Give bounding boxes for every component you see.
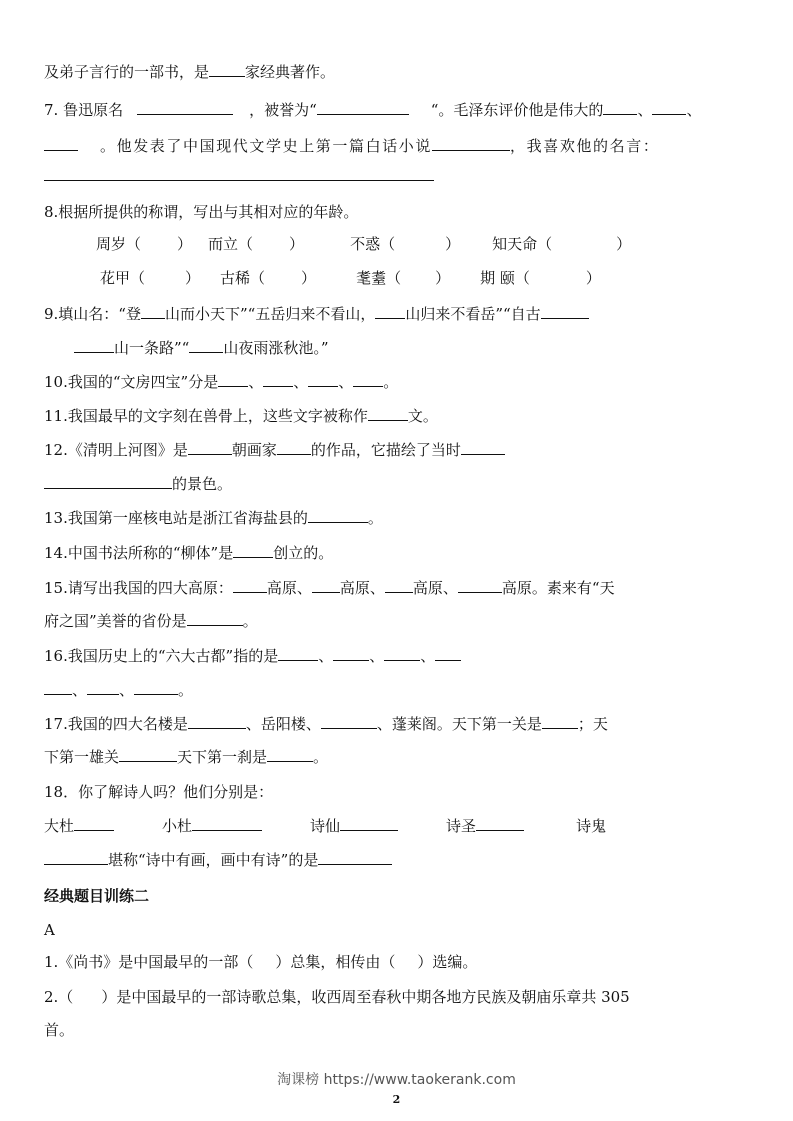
answer-blank[interactable]	[233, 578, 267, 593]
answer-blank[interactable]	[321, 714, 377, 729]
question-12-line-1: 12.《清明上河图》是朝画家的作品，它描绘了当时	[44, 440, 505, 460]
term: 期 颐（	[480, 269, 530, 287]
answer-blank[interactable]	[652, 100, 686, 115]
term: 古稀（	[220, 269, 265, 287]
answer-blank[interactable]	[44, 474, 172, 489]
period: 。	[178, 681, 193, 699]
q9-text: 山一条路”“	[114, 339, 189, 357]
answer-blank[interactable]	[141, 304, 165, 319]
answer-blank[interactable]	[233, 543, 273, 558]
answer-blank[interactable]	[375, 304, 405, 319]
term: 不惑（	[350, 235, 395, 253]
q12-text: 朝画家	[232, 441, 277, 459]
question-9-line-1: 9.填山名：“登山而小天下”“五岳归来不看山，山归来不看岳”“自古	[44, 304, 589, 324]
q7-text: ，我喜欢他的名言：	[510, 137, 659, 155]
question-16-line-2: 、、。	[44, 680, 193, 700]
q15-text: 高原、	[413, 579, 458, 597]
paren: ）	[435, 269, 450, 287]
separator: 、	[369, 647, 384, 665]
section-subheading: A	[44, 920, 55, 940]
q11-text: 11.我国最早的文字刻在兽骨上，这些文字被称作	[44, 407, 368, 425]
answer-blank[interactable]	[353, 372, 383, 387]
poet-label: 诗圣	[446, 817, 476, 835]
q9-text: 山归来不看岳”“自古	[405, 305, 540, 323]
watermark: 淘课榜 https://www.taokerank.com	[0, 1069, 793, 1089]
period: 。	[368, 509, 383, 527]
q6-text-pre: 及弟子言行的一部书，是	[44, 63, 209, 81]
question-13: 13.我国第一座核电站是浙江省海盐县的。	[44, 508, 383, 528]
answer-blank[interactable]	[137, 100, 233, 115]
q17-text: ；天	[578, 715, 608, 733]
q12-text: 的作品，它描绘了当时	[311, 441, 461, 459]
section2-question-2-cont: 首。	[44, 1020, 74, 1040]
answer-blank[interactable]	[188, 714, 246, 729]
answer-blank[interactable]	[340, 816, 398, 831]
q7-text: ，被誉为“	[249, 101, 317, 119]
section-heading: 经典题目训练二	[44, 886, 149, 906]
answer-blank[interactable]	[189, 338, 223, 353]
question-6-tail: 及弟子言行的一部书，是家经典著作。	[44, 62, 335, 82]
q15-text: 高原、	[340, 579, 385, 597]
answer-blank[interactable]	[44, 136, 78, 151]
poet-label: 诗仙	[310, 817, 340, 835]
term: 花甲（	[100, 269, 145, 287]
q6-text-post: 家经典著作。	[245, 63, 335, 81]
answer-blank[interactable]	[267, 747, 313, 762]
answer-blank[interactable]	[308, 372, 338, 387]
period: 。	[243, 612, 258, 630]
q11-text: 文。	[408, 407, 438, 425]
answer-blank[interactable]	[44, 850, 108, 865]
question-11: 11.我国最早的文字刻在兽骨上，这些文字被称作文。	[44, 406, 438, 426]
answer-blank[interactable]	[134, 680, 178, 695]
q17-text: 、岳阳楼、	[246, 715, 321, 733]
period: 。	[313, 748, 328, 766]
paren: ）	[185, 269, 200, 287]
answer-blank[interactable]	[277, 440, 311, 455]
q7-text: 。他发表了中国现代文学史上第一篇白话小说	[100, 137, 432, 155]
answer-blank[interactable]	[188, 440, 232, 455]
separator: 、	[119, 681, 134, 699]
answer-blank[interactable]	[368, 406, 408, 421]
q12-text: 12.《清明上河图》是	[44, 441, 188, 459]
paren: ）	[445, 235, 460, 253]
question-15-line-1: 15.请写出我国的四大高原：高原、高原、高原、高原。素来有“天	[44, 578, 615, 598]
answer-blank[interactable]	[74, 338, 114, 353]
section2-question-1: 1.《尚书》是中国最早的一部（）总集，相传由（）选编。	[44, 952, 477, 972]
answer-blank[interactable]	[44, 166, 434, 181]
question-18-line-3: 堪称“诗中有画，画中有诗”的是	[44, 850, 392, 870]
answer-blank[interactable]	[317, 100, 409, 115]
poet-label: 大杜	[44, 817, 74, 835]
term: 耄耋（	[356, 269, 401, 287]
answer-blank[interactable]	[333, 646, 369, 661]
answer-blank[interactable]	[458, 578, 502, 593]
q18-text: 堪称“诗中有画，画中有诗”的是	[108, 851, 318, 869]
question-9-line-2: 山一条路”“山夜雨涨秋池。”	[74, 338, 329, 358]
answer-blank[interactable]	[312, 578, 340, 593]
s2q2-text: 2.（	[44, 988, 73, 1006]
question-16-line-1: 16.我国历史上的“六大古都”指的是、、、	[44, 646, 461, 666]
question-12-line-2: 的景色。	[44, 474, 232, 494]
s2q2-text: ）是中国最早的一部诗歌总集，收西周至春秋中期各地方民族及朝庙乐章共 305	[101, 988, 629, 1006]
question-15-line-2: 府之国”美誉的省份是。	[44, 611, 258, 631]
page-number: 2	[0, 1093, 793, 1106]
question-17-line-1: 17.我国的四大名楼是、岳阳楼、、蓬莱阁。天下第一关是；天	[44, 714, 608, 734]
q9-text: 山夜雨涨秋池。”	[223, 339, 328, 357]
answer-blank[interactable]	[119, 747, 177, 762]
q14-text: 创立的。	[273, 544, 333, 562]
q15-text: 府之国”美誉的省份是	[44, 612, 187, 630]
s2q1-text: ）总集，相传由（	[275, 953, 395, 971]
answer-blank[interactable]	[603, 100, 637, 115]
term: 而立（	[208, 235, 253, 253]
q9-text: 9.填山名：“登	[44, 305, 141, 323]
q17-text: 17.我国的四大名楼是	[44, 715, 188, 733]
question-8-row-1: 周岁（）而立（）不惑（）知天命（）	[96, 234, 631, 254]
question-8-row-2: 花甲（）古稀（）耄耋（）期 颐（）	[100, 268, 601, 288]
separator: 、	[686, 101, 701, 119]
answer-blank[interactable]	[187, 611, 243, 626]
term: 知天命（	[492, 235, 552, 253]
answer-blank[interactable]	[432, 136, 510, 151]
s2q1-text: 1.《尚书》是中国最早的一部（	[44, 953, 253, 971]
poet-label: 诗鬼	[576, 817, 606, 835]
answer-blank[interactable]	[308, 508, 368, 523]
answer-blank[interactable]	[542, 714, 578, 729]
q16-text: 16.我国历史上的“六大古都”指的是	[44, 647, 278, 665]
answer-blank[interactable]	[476, 816, 524, 831]
answer-blank[interactable]	[44, 680, 72, 695]
question-10: 10.我国的“文房四宝”分是、、、。	[44, 372, 398, 392]
paren: ）	[177, 235, 192, 253]
term: 周岁（	[96, 235, 141, 253]
paren: ）	[289, 235, 304, 253]
poet-label: 小杜	[162, 817, 192, 835]
q17-text: 天下第一刹是	[177, 748, 267, 766]
separator: 、	[72, 681, 87, 699]
q9-text: 山而小天下”“五岳归来不看山，	[165, 305, 375, 323]
q17-text: 、蓬莱阁。天下第一关是	[377, 715, 542, 733]
answer-blank[interactable]	[278, 646, 318, 661]
answer-blank[interactable]	[87, 680, 119, 695]
separator: 、	[248, 373, 263, 391]
answer-blank[interactable]	[461, 440, 505, 455]
question-7-line-2: 。他发表了中国现代文学史上第一篇白话小说，我喜欢他的名言：	[44, 136, 659, 156]
answer-blank[interactable]	[541, 304, 589, 319]
question-18-title: 18．你了解诗人吗？他们分别是：	[44, 782, 273, 802]
q7-text: “。毛泽东评价他是伟大的	[431, 101, 604, 119]
q15-text: 15.请写出我国的四大高原：	[44, 579, 233, 597]
q10-text: 10.我国的“文房四宝”分是	[44, 373, 218, 391]
question-18-poets: 大杜小杜诗仙诗圣诗鬼	[44, 816, 606, 836]
paren: ）	[616, 235, 631, 253]
answer-blank[interactable]	[209, 62, 245, 77]
question-7-line-1: 7. 鲁迅原名，被誉为““。毛泽东评价他是伟大的、、	[44, 100, 701, 120]
answer-blank[interactable]	[263, 372, 293, 387]
separator: 、	[318, 647, 333, 665]
question-14: 14.中国书法所称的“柳体”是创立的。	[44, 543, 333, 563]
separator: 、	[338, 373, 353, 391]
answer-blank[interactable]	[385, 578, 413, 593]
q15-text: 高原、	[267, 579, 312, 597]
q13-text: 13.我国第一座核电站是浙江省海盐县的	[44, 509, 308, 527]
q15-text: 高原。素来有“天	[502, 579, 615, 597]
q17-text: 下第一雄关	[44, 748, 119, 766]
answer-blank[interactable]	[74, 816, 114, 831]
answer-blank[interactable]	[435, 646, 461, 661]
question-7-line-3	[44, 166, 434, 186]
q14-text: 14.中国书法所称的“柳体”是	[44, 544, 233, 562]
paren: ）	[301, 269, 316, 287]
question-8-title: 8.根据所提供的称谓，写出与其相对应的年龄。	[44, 202, 358, 222]
answer-blank[interactable]	[384, 646, 420, 661]
separator: 、	[637, 101, 652, 119]
separator: 、	[293, 373, 308, 391]
answer-blank[interactable]	[192, 816, 262, 831]
paren: ）	[586, 269, 601, 287]
section2-question-2: 2.（）是中国最早的一部诗歌总集，收西周至春秋中期各地方民族及朝庙乐章共 305	[44, 987, 630, 1007]
q12-text: 的景色。	[172, 475, 232, 493]
question-17-line-2: 下第一雄关天下第一刹是。	[44, 747, 328, 767]
answer-blank[interactable]	[218, 372, 248, 387]
separator: 、	[420, 647, 435, 665]
q7-text: 7. 鲁迅原名	[44, 101, 123, 119]
period: 。	[383, 373, 398, 391]
answer-blank[interactable]	[318, 850, 392, 865]
s2q1-text: ）选编。	[417, 953, 477, 971]
